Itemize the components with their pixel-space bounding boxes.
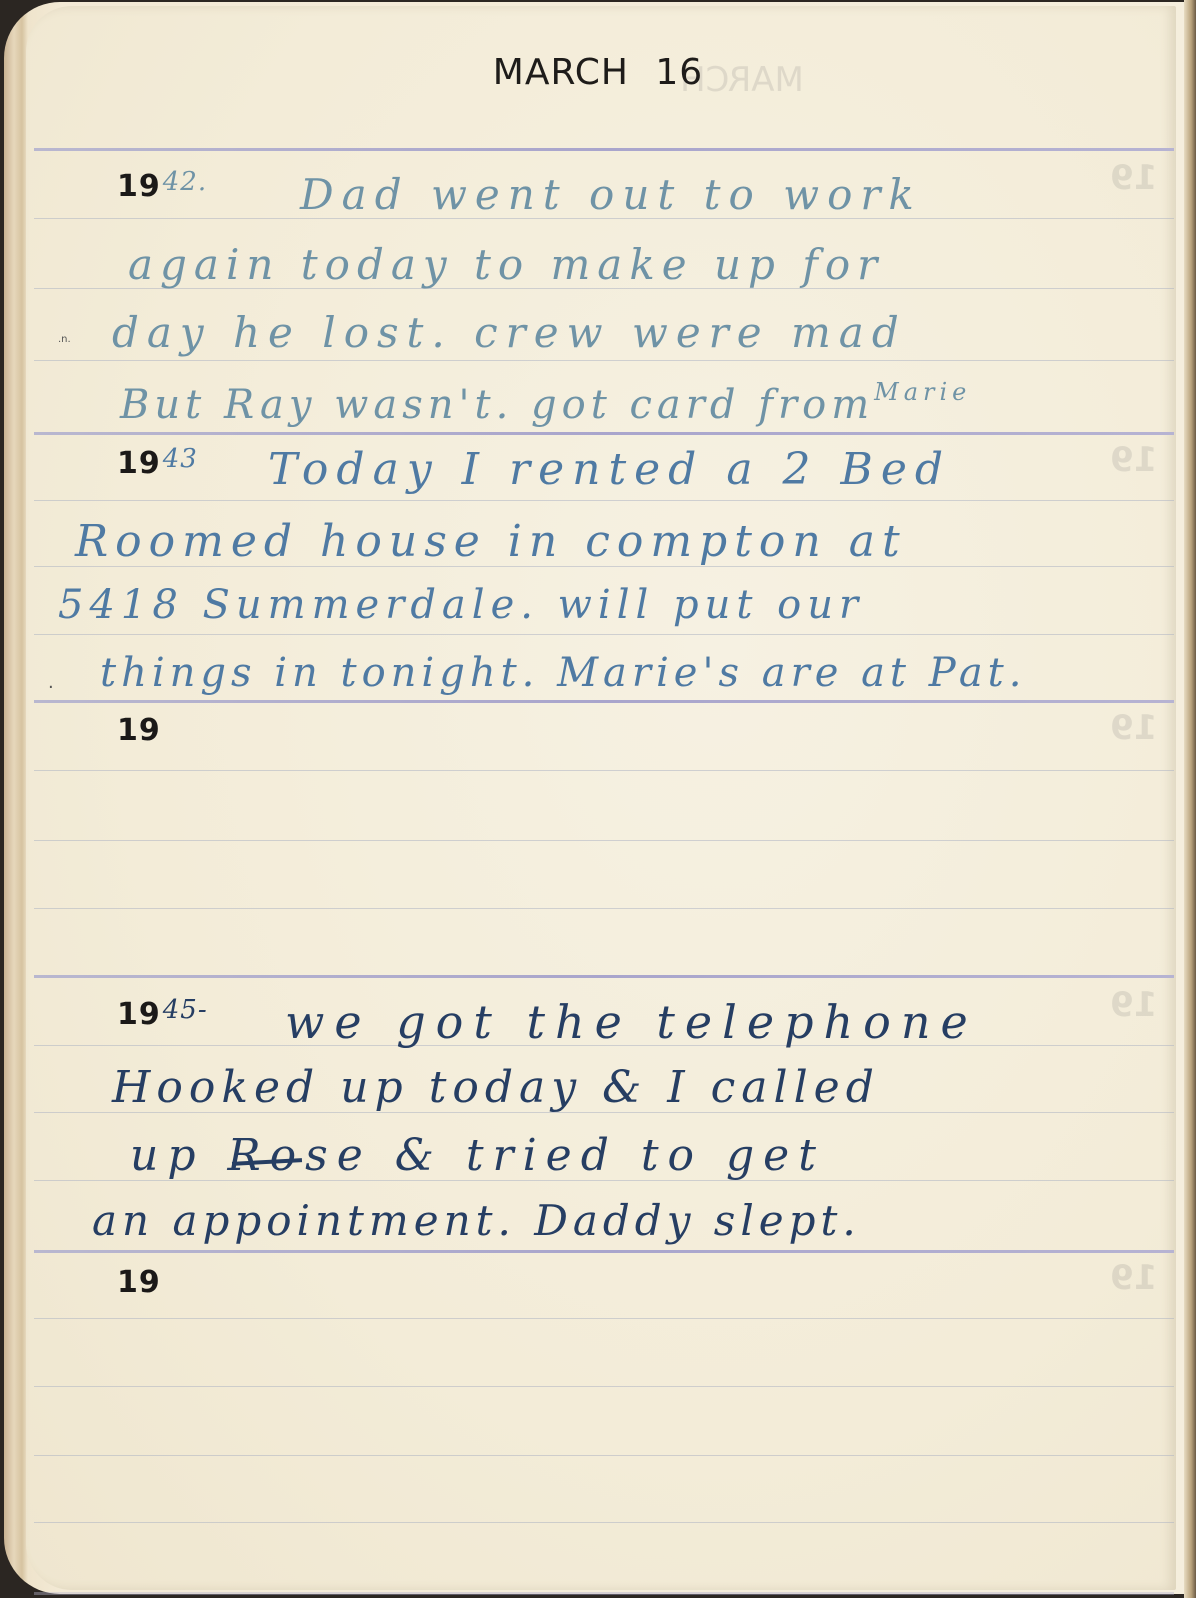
entry-1942-line-1: Dad went out to work [300, 170, 922, 219]
header-day: 16 [655, 52, 703, 93]
year-prefix: 19 [117, 446, 161, 481]
ruled-line [34, 1522, 1174, 1523]
ruled-line [34, 1318, 1174, 1319]
entry-1945-line-3: up Rose & tried to get [130, 1130, 825, 1181]
entry-1943-line-3: 5418 Summerdale. will put our [58, 582, 864, 628]
ruled-line [34, 840, 1174, 841]
year-prefix: 19 [117, 997, 161, 1032]
section-divider [34, 432, 1174, 435]
ruled-line [34, 360, 1174, 361]
margin-dot: . [48, 672, 54, 693]
year-prefix: 19 [117, 1265, 161, 1300]
section-divider [34, 1592, 1174, 1595]
entry-1942-line-3: day he lost. crew were mad [112, 308, 907, 357]
section-divider [34, 700, 1174, 703]
entry-1943-line-1: Today I rented a 2 Bed [268, 444, 951, 495]
superscript-name: Marie [874, 378, 971, 406]
show-through-year: 19 [1110, 708, 1157, 748]
section-divider [34, 1250, 1174, 1253]
ruled-line [34, 1455, 1174, 1456]
header-month: MARCH [493, 52, 629, 93]
show-through-year: 19 [1110, 1258, 1157, 1298]
margin-mark: .n. [58, 334, 71, 345]
page-right-edge [1184, 0, 1196, 1598]
entry-1945-line-3-text: up Rose & tried to get [130, 1130, 825, 1181]
year-suffix-handwritten: 45- [163, 995, 208, 1025]
entry-1945-line-2: Hooked up today & I called [112, 1062, 880, 1113]
entry-year-1943: 1943 [117, 444, 198, 481]
entry-1942-line-4: But Ray wasn't. got card fromMarie [120, 378, 971, 428]
show-through-year: 19 [1110, 440, 1157, 480]
year-suffix-handwritten: 42. [163, 167, 207, 197]
ruled-line [34, 1386, 1174, 1387]
entry-1945-line-1: we got the telephone [285, 995, 978, 1049]
year-prefix: 19 [117, 713, 161, 748]
ruled-line [34, 634, 1174, 635]
entry-1943-line-4: things in tonight. Marie's are at Pat. [100, 650, 1026, 696]
section-divider [34, 148, 1174, 151]
entry-1942-line-2: again today to make up for [128, 240, 884, 289]
entry-year-1942: 1942. [117, 167, 207, 204]
section-divider [34, 975, 1174, 978]
entry-1943-line-2: Roomed house in compton at [75, 516, 907, 567]
entry-year-blank: 19 [117, 1265, 161, 1300]
show-through-year: 19 [1110, 985, 1157, 1025]
diary-page-scan: MARCH 19 19 19 19 19 MARCH 16 1942. Dad … [0, 0, 1196, 1598]
ruled-line [34, 908, 1174, 909]
show-through-year: 19 [1110, 158, 1157, 198]
entry-year-blank: 19 [117, 713, 161, 748]
entry-1942-line-4-text: But Ray wasn't. got card from [120, 382, 874, 428]
ruled-line [34, 500, 1174, 501]
ruled-line [34, 770, 1174, 771]
page-date-header: MARCH 16 [0, 52, 1196, 93]
entry-1945-line-4: an appointment. Daddy slept. [92, 1196, 861, 1245]
entry-year-1945: 1945- [117, 995, 208, 1032]
year-suffix-handwritten: 43 [163, 444, 198, 474]
year-prefix: 19 [117, 169, 161, 204]
